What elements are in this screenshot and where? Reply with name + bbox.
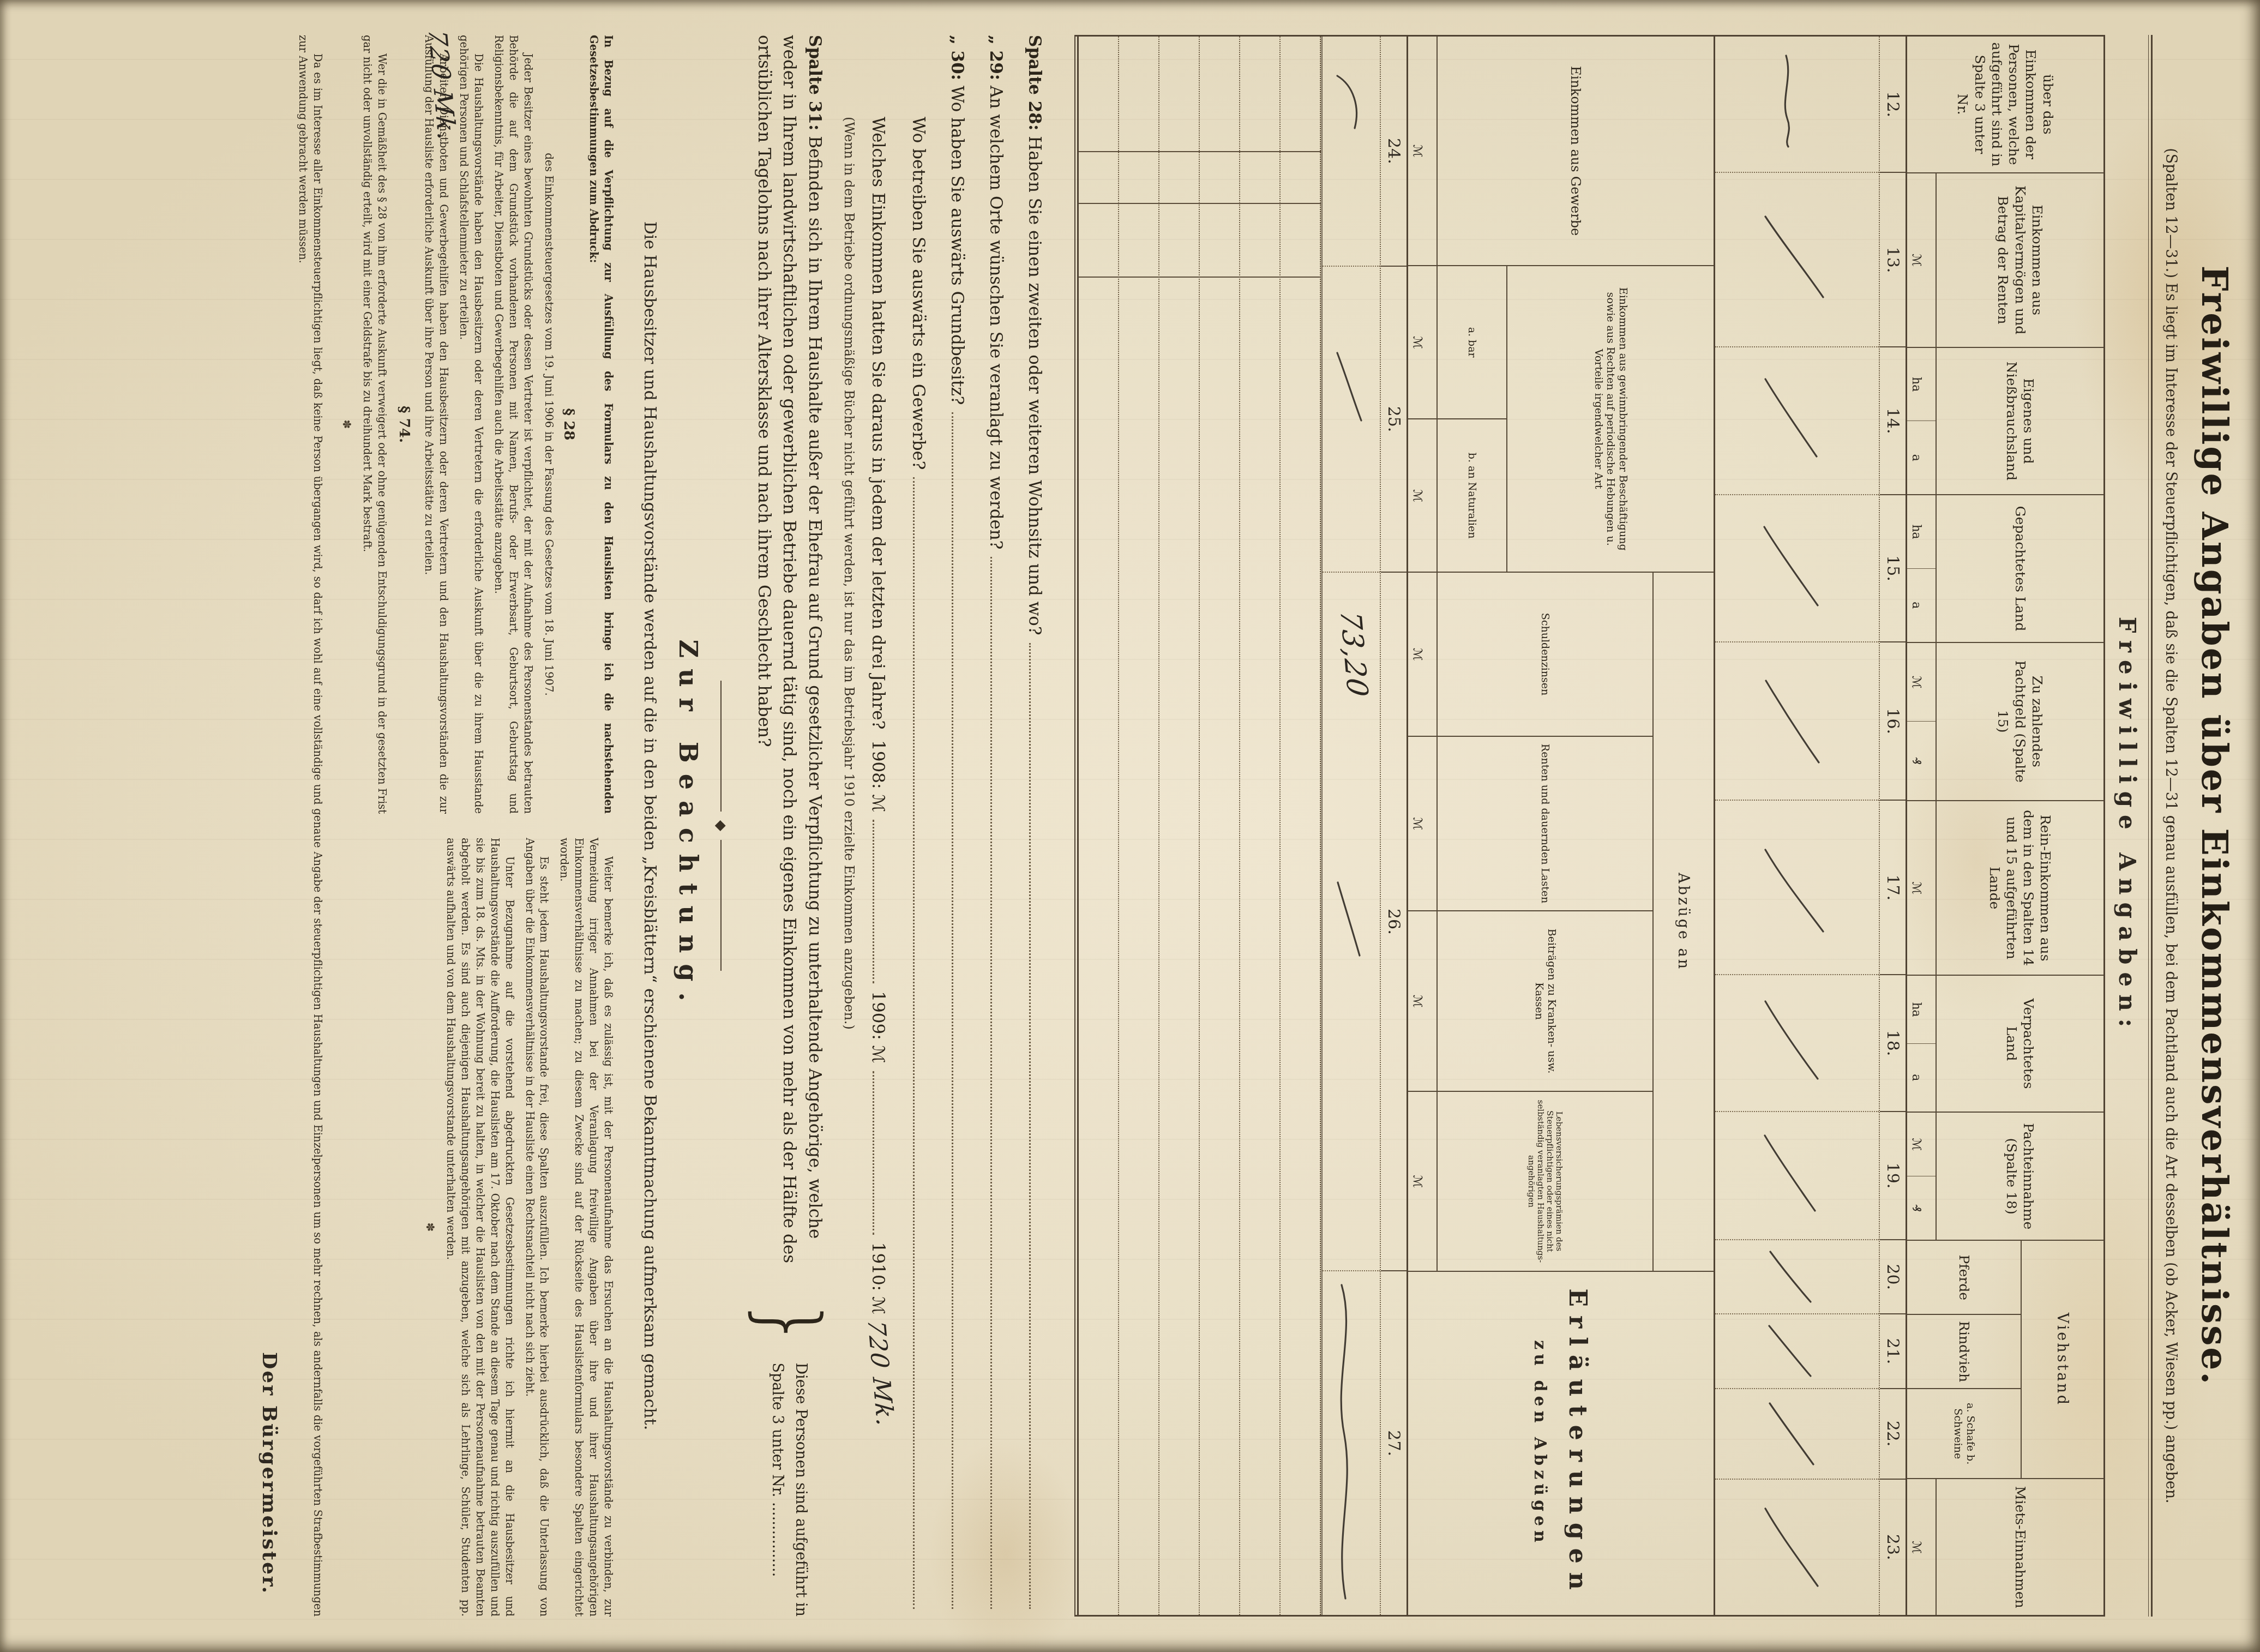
questions-section: Spalte 28: Haben Sie einen zweiten oder … bbox=[751, 35, 1049, 1617]
col20-number: 20. bbox=[1880, 1239, 1906, 1313]
legal-section: In Bezug auf die Verpflichtung zur Ausfü… bbox=[339, 35, 621, 1617]
col18-number: 18. bbox=[1880, 974, 1906, 1110]
dotted-row bbox=[1281, 37, 1321, 1615]
col15-unit-ha: ha bbox=[1907, 495, 1936, 568]
question-29-label: „ 29: bbox=[986, 35, 1006, 80]
question-28: Spalte 28: Haben Sie einen zweiten oder … bbox=[1025, 35, 1049, 1617]
col17-cell bbox=[1715, 800, 1879, 974]
col25a-unit: ℳ bbox=[1408, 266, 1436, 418]
col26a-unit: ℳ bbox=[1408, 573, 1436, 736]
col25a-label: a. bar bbox=[1438, 266, 1506, 418]
col17-unit: ℳ bbox=[1907, 801, 1936, 975]
question-31-sidenote: Diese Personen sind aufgeführt in Spalte… bbox=[766, 1362, 813, 1617]
tier2-header-row: Einkommen aus Gewerbe ℳ Einkommen aus ge… bbox=[1408, 37, 1715, 1615]
col23-header: Miets-Einnahmen ℳ bbox=[1907, 1478, 2103, 1615]
col17-label: Rein-Einkommen aus dem in den Spalten 14… bbox=[1937, 801, 2103, 975]
year-1910-label: 1910: bbox=[868, 1242, 888, 1291]
col21-cell bbox=[1715, 1313, 1879, 1387]
section-heading: Freiwillige Angaben: bbox=[2114, 35, 2141, 1617]
answer-line bbox=[952, 412, 972, 1609]
handwritten-dash bbox=[1759, 675, 1827, 768]
col25-header: Einkommen aus gewinnbringender Beschäfti… bbox=[1408, 265, 1714, 572]
col27-header: Erläuterungen zu den Abzügen bbox=[1408, 1271, 1714, 1615]
col24-label: Einkommen aus Gewerbe bbox=[1438, 37, 1714, 265]
col15-label: Gepachtetes Land bbox=[1937, 495, 2103, 641]
col17-number: 17. bbox=[1880, 800, 1906, 974]
question-30c-text: Welches Einkommen hatten Sie daraus in j… bbox=[868, 117, 888, 729]
col13-cell bbox=[1715, 172, 1879, 346]
header-rule bbox=[2148, 35, 2153, 1617]
handwritten-dash bbox=[1331, 878, 1366, 960]
year-1908-label: 1908: bbox=[868, 740, 888, 789]
handwritten-dash bbox=[1759, 1131, 1822, 1216]
par28-paragraph-2: Die Haushaltungsvorstände haben den Haus… bbox=[456, 35, 485, 814]
col26-cell: 73,20 bbox=[1323, 572, 1380, 1270]
question-29: „ 29: An welchem Orte wünschen Sie veran… bbox=[986, 35, 1011, 1617]
col18-cell bbox=[1715, 974, 1879, 1110]
col26a-label: Schulden­zinsen bbox=[1438, 573, 1652, 736]
abzuege-group: Abzüge an Schulden­zinsen ℳ Renten und d… bbox=[1408, 572, 1714, 1271]
handwritten-dash bbox=[1759, 522, 1824, 610]
handwritten-long-wave bbox=[1333, 1282, 1361, 1604]
col18-label: Verpachtetes Land bbox=[1937, 976, 2103, 1112]
legal-bottom-strip: Da es im Interesse aller Einkommensteuer… bbox=[295, 35, 324, 1617]
mark-sign: ℳ bbox=[868, 1296, 888, 1314]
question-30c: Welches Einkommen hatten Sie daraus in j… bbox=[867, 117, 894, 1617]
notice-heading: Zur Beachtung. bbox=[674, 35, 703, 1617]
col27-label-line2: zu den Abzügen bbox=[1530, 1340, 1549, 1547]
col23-unit: ℳ bbox=[1907, 1479, 1936, 1615]
answer-line bbox=[990, 557, 1011, 1609]
scanned-form-screenshot: { "document": { "title": "Freiwillige An… bbox=[0, 0, 2260, 1652]
footnote-mark: ✽ bbox=[423, 838, 438, 1617]
question-30b-text: Wo betreiben Sie auswärts ein Gewerbe? bbox=[909, 117, 928, 470]
col15-header: Gepachtetes Land haa bbox=[1907, 494, 2103, 641]
col13-label: Einkommen aus Kapital­vermögen und Betra… bbox=[1937, 173, 2103, 347]
col25b-unit: ℳ bbox=[1408, 419, 1436, 572]
notice-line: Die Hausbesitzer und Haushaltungsvorstän… bbox=[640, 35, 659, 1617]
signature-line: Der Bürgermeister. bbox=[258, 35, 281, 1617]
col12-label: über das Einkommen der Personen, welche … bbox=[1907, 37, 2103, 172]
brace-glyph: } bbox=[752, 1297, 826, 1349]
handwritten-amount: 73,20 bbox=[1333, 610, 1374, 699]
col25b-header: b. an Naturalien ℳ bbox=[1408, 418, 1506, 572]
col26a-header: Schulden­zinsen ℳ bbox=[1408, 573, 1652, 736]
handwritten-dash bbox=[1331, 349, 1369, 425]
legal-intro: In Bezug auf die Verpflichtung zur Ausfü… bbox=[586, 35, 615, 814]
vertical-separator bbox=[1079, 151, 1321, 152]
par28-heading: § 28 bbox=[558, 35, 578, 814]
question-31-text: Befinden sich in Ihrem Haushalte außer d… bbox=[754, 35, 825, 1263]
col26d-label: Lebensversicherungs­prämien des Steuer­p… bbox=[1438, 1092, 1652, 1271]
mark-sign: ℳ bbox=[868, 1046, 888, 1064]
question-28-text: Haben Sie einen zweiten oder weiteren Wo… bbox=[1025, 136, 1044, 635]
col15-number: 15. bbox=[1880, 494, 1906, 641]
question-28-label: Spalte 28: bbox=[1025, 35, 1044, 130]
col26c-header: Beiträgen zu Kranken- usw. Kassen ℳ bbox=[1408, 910, 1652, 1090]
vertical-separator bbox=[1079, 277, 1321, 278]
question-29-text: An welchem Orte wünschen Sie veranlagt z… bbox=[986, 86, 1006, 549]
form-subtitle: (Spalten 12—31.) Es liegt im Interesse d… bbox=[2162, 35, 2179, 1617]
dotted-row bbox=[1119, 37, 1159, 1615]
col25-label: Einkommen aus gewinnbringender Beschäfti… bbox=[1507, 266, 1714, 572]
col12-number: 12. bbox=[1880, 37, 1906, 172]
mark-sign: ℳ bbox=[868, 794, 888, 812]
legal-left-column: In Bezug auf die Verpflichtung zur Ausfü… bbox=[339, 35, 621, 814]
abzuege-group-label: Abzüge an bbox=[1652, 573, 1714, 1271]
col16-header: Zu zahlendes Pachtgeld (Spalte 15) ℳ₰ bbox=[1907, 642, 2103, 800]
col24-header: Einkommen aus Gewerbe ℳ bbox=[1408, 37, 1714, 265]
tier1-header-row: über das Einkommen der Personen, welche … bbox=[1907, 37, 2103, 1615]
col15-cell bbox=[1715, 494, 1879, 641]
col12-cell bbox=[1715, 37, 1879, 172]
col14-number: 14. bbox=[1880, 346, 1906, 494]
col19-unit-pf: ₰ bbox=[1907, 1176, 1936, 1240]
col20-label: Pferde bbox=[1907, 1241, 2021, 1314]
handwritten-dash bbox=[1759, 844, 1830, 937]
col12-header: über das Einkommen der Personen, welche … bbox=[1907, 37, 2103, 172]
col21-label: Rindvieh bbox=[1907, 1315, 2021, 1388]
form-title: Freiwillige Angaben über Einkommensverhä… bbox=[2193, 35, 2236, 1617]
legal-right-column: Weiter bemerke ich, daß es zulässig ist,… bbox=[339, 838, 621, 1617]
col22-cell bbox=[1715, 1388, 1879, 1479]
col21-number: 21. bbox=[1880, 1313, 1906, 1387]
col16-unit-m: ℳ bbox=[1907, 643, 1936, 722]
legal-right-paragraph-2: Es steht jedem Haushaltungsvorstande fre… bbox=[522, 838, 551, 1617]
col19-cell bbox=[1715, 1111, 1879, 1240]
legal-right-paragraph-3: Unter Bezugnahme auf die vorstehend abge… bbox=[443, 838, 516, 1617]
par74-paragraph: Wer die in Gemäßheit des § 28 von ihm er… bbox=[359, 35, 389, 814]
col26c-unit: ℳ bbox=[1408, 911, 1436, 1090]
par28-subheading: des Einkommensteuergesetzes vom 19. Juni… bbox=[542, 35, 557, 814]
handwritten-dash bbox=[1764, 1248, 1816, 1306]
col16-number: 16. bbox=[1880, 641, 1906, 800]
legal-bottom-paragraph: Da es im Interesse aller Einkommensteuer… bbox=[295, 35, 324, 1617]
col26c-label: Beiträgen zu Kranken- usw. Kassen bbox=[1438, 911, 1652, 1090]
handwritten-squiggle bbox=[1332, 69, 1370, 135]
handwritten-wavy-line bbox=[1775, 53, 1808, 151]
income-table: über das Einkommen der Personen, welche … bbox=[1074, 35, 2105, 1617]
handwritten-dash bbox=[1759, 375, 1824, 462]
tier2-number-row: 24. 25. 26. 27. bbox=[1381, 37, 1408, 1615]
col19-number: 19. bbox=[1880, 1111, 1906, 1240]
col26d-header: Lebensversicherungs­prämien des Steuer­p… bbox=[1408, 1091, 1652, 1271]
col26d-unit: ℳ bbox=[1408, 1092, 1436, 1271]
col20-cell bbox=[1715, 1239, 1879, 1313]
tier2-data-row: 73,20 bbox=[1321, 37, 1381, 1615]
col25-number: 25. bbox=[1381, 266, 1407, 572]
col18-unit-ha: ha bbox=[1907, 976, 1936, 1043]
col24-number: 24. bbox=[1381, 37, 1407, 266]
viehstand-group: Viehstand Pferde Rindvieh a. Schafe b. S… bbox=[1907, 1240, 2103, 1478]
dotted-row bbox=[1240, 37, 1281, 1615]
par28-paragraph-1: Jeder Besitzer eines bewohnten Grundstüc… bbox=[491, 35, 535, 814]
col14-cell bbox=[1715, 346, 1879, 494]
col16-cell bbox=[1715, 641, 1879, 800]
dotted-rows-band bbox=[1079, 37, 1321, 1615]
form-page: Freiwillige Angaben über Einkommensverhä… bbox=[0, 0, 2260, 1652]
viehstand-group-label: Viehstand bbox=[2021, 1241, 2103, 1478]
answer-line bbox=[913, 477, 933, 1609]
col26b-unit: ℳ bbox=[1408, 737, 1436, 911]
col20-header: Pferde bbox=[1907, 1241, 2021, 1314]
dotted-row bbox=[1200, 37, 1240, 1615]
question-30-label: „ 30: bbox=[947, 35, 967, 80]
divider-ornament: ◆ bbox=[713, 35, 729, 1617]
handwritten-dash bbox=[1759, 997, 1824, 1084]
col23-cell bbox=[1715, 1479, 1879, 1615]
handwritten-dash bbox=[1764, 1400, 1819, 1468]
col16-unit-pf: ₰ bbox=[1907, 721, 1936, 800]
tier1-data-row bbox=[1715, 37, 1880, 1615]
col24-unit: ℳ bbox=[1408, 37, 1436, 265]
col23-number: 23. bbox=[1880, 1479, 1906, 1615]
col13-header: Einkommen aus Kapital­vermögen und Betra… bbox=[1907, 172, 2103, 347]
col26b-header: Renten und dauernden Lasten ℳ bbox=[1408, 736, 1652, 911]
col27-number: 27. bbox=[1381, 1270, 1407, 1615]
col25-cell bbox=[1323, 266, 1380, 572]
vertical-separator bbox=[1079, 203, 1321, 204]
table-bottom-rule bbox=[1074, 37, 1079, 1615]
col19-unit-m: ℳ bbox=[1907, 1113, 1936, 1176]
par28-paragraph-3: Arbeiter, Dienstboten und Gewerbegehilfe… bbox=[422, 35, 451, 814]
col14-unit-ha: ha bbox=[1907, 348, 1936, 421]
col15-unit-a: a bbox=[1907, 568, 1936, 642]
question-31: Spalte 31: Befinden sich in Ihrem Hausha… bbox=[751, 35, 827, 1617]
col23-label: Miets-Einnahmen bbox=[1937, 1479, 2103, 1615]
question-30-note: (Wenn in dem Betriebe ordnungsmäßige Büc… bbox=[842, 117, 857, 1617]
col17-header: Rein-Einkommen aus dem in den Spalten 14… bbox=[1907, 800, 2103, 975]
question-31-label: Spalte 31: bbox=[805, 35, 825, 130]
answer-line bbox=[873, 820, 893, 983]
col22-label: a. Schafe b. Schwei­ne bbox=[1907, 1389, 2021, 1478]
col25b-label: b. an Naturalien bbox=[1438, 419, 1506, 572]
col21-header: Rindvieh bbox=[1907, 1314, 2021, 1388]
col14-unit-a: a bbox=[1907, 420, 1936, 494]
sidenote-line1: Diese Personen sind aufgeführt in bbox=[789, 1362, 813, 1617]
col27-label-line1: Erläuterungen bbox=[1564, 1289, 1591, 1599]
question-30-text: Wo haben Sie auswärts Grundbesitz? bbox=[947, 86, 967, 405]
sidenote-line2: Spalte 3 unter Nr. ................ bbox=[766, 1362, 789, 1617]
footnote-mark: ✽ bbox=[339, 35, 354, 814]
col24-cell bbox=[1323, 37, 1380, 266]
col18-header: Verpachtetes Land haa bbox=[1907, 975, 2103, 1112]
col22-number: 22. bbox=[1880, 1388, 1906, 1479]
col14-header: Eigenes und Nießbrauchs­land haa bbox=[1907, 347, 2103, 494]
handwritten-dash bbox=[1764, 1323, 1816, 1380]
answer-line bbox=[1029, 643, 1049, 1609]
handwritten-dash bbox=[1759, 1504, 1824, 1591]
answer-line bbox=[873, 1071, 893, 1235]
dotted-row bbox=[1159, 37, 1200, 1615]
par74-heading: § 74. bbox=[394, 35, 414, 814]
col26b-label: Renten und dauernden Lasten bbox=[1438, 737, 1652, 911]
col27-cell bbox=[1323, 1270, 1380, 1615]
handwritten-dash bbox=[1759, 211, 1830, 304]
question-30: „ 30: Wo haben Sie auswärts Grundbesitz? bbox=[947, 35, 972, 1617]
col16-label: Zu zahlendes Pachtgeld (Spalte 15) bbox=[1937, 643, 2103, 800]
tier1-number-row: 12. 13. 14. 15. 16. 17. 18. 19. 20. 21. … bbox=[1880, 37, 1907, 1615]
col14-label: Eigenes und Nießbrauchs­land bbox=[1937, 348, 2103, 494]
col22-header: a. Schafe b. Schwei­ne bbox=[1907, 1388, 2021, 1478]
col19-label: Pachteinnahme (Spalte 18) bbox=[1937, 1113, 2103, 1240]
dotted-row bbox=[1079, 37, 1119, 1615]
legal-right-paragraph-1: Weiter bemerke ich, daß es zulässig ist,… bbox=[557, 838, 616, 1617]
handwritten-answer-1910: 720 Mk. bbox=[862, 1319, 899, 1428]
col18-unit-a: a bbox=[1907, 1043, 1936, 1112]
year-1909-label: 1909: bbox=[868, 991, 888, 1040]
col19-header: Pachteinnahme (Spalte 18) ℳ₰ bbox=[1907, 1112, 2103, 1240]
col26-number: 26. bbox=[1381, 572, 1407, 1270]
col13-number: 13. bbox=[1880, 172, 1906, 346]
col13-unit: ℳ bbox=[1907, 173, 1936, 347]
col25a-header: a. bar ℳ bbox=[1408, 266, 1506, 418]
question-30b: Wo betreiben Sie auswärts ein Gewerbe? bbox=[909, 117, 933, 1617]
